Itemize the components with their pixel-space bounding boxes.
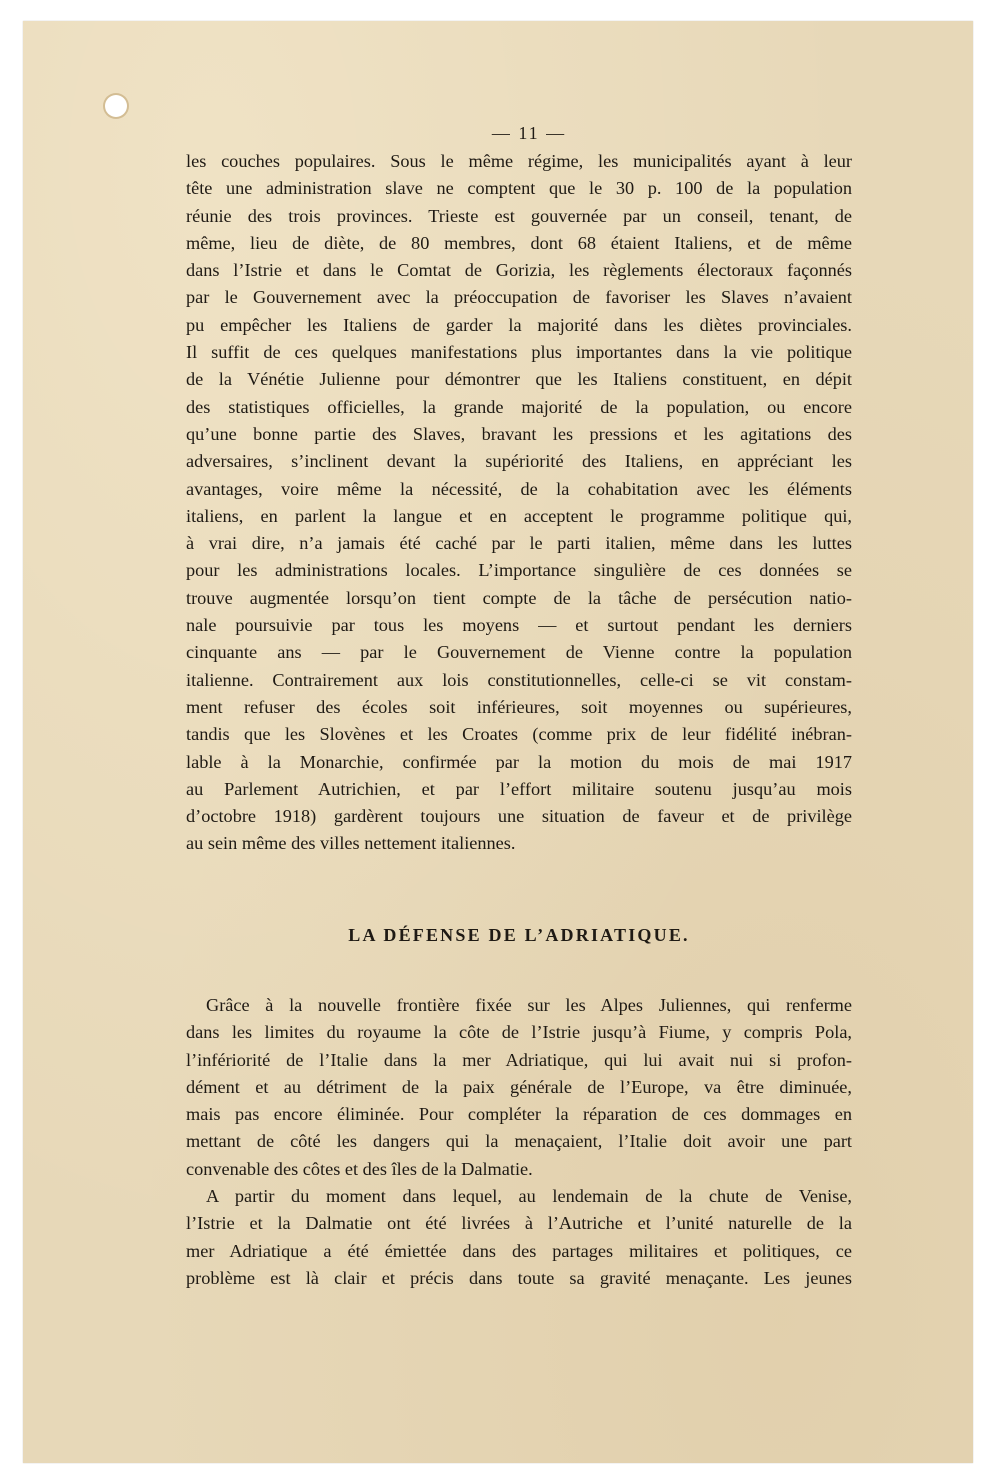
text-line: d’octobre 1918) gardèrent toujours une s… xyxy=(186,803,852,830)
text-line: au sein même des villes nettement italie… xyxy=(186,830,852,857)
text-line: A partir du moment dans lequel, au lende… xyxy=(186,1183,852,1210)
text-line: avantages, voire même la nécessité, de l… xyxy=(186,476,852,503)
text-line: à vrai dire, n’a jamais été caché par le… xyxy=(186,530,852,557)
paragraph-1: Grâce à la nouvelle frontière fixée sur … xyxy=(186,992,852,1183)
section-1-text: — 11 — les couches populaires. Sous le m… xyxy=(186,118,852,858)
text-line: convenable des côtes et des îles de la D… xyxy=(186,1156,852,1183)
text-line: mais pas encore éliminée. Pour compléter… xyxy=(186,1101,852,1128)
page-number: — 11 — xyxy=(206,118,852,148)
text-line: dément et au détriment de la paix généra… xyxy=(186,1074,852,1101)
text-line: ment refuser des écoles soit inférieures… xyxy=(186,694,852,721)
section-heading: LA DÉFENSE DE L’ADRIATIQUE. xyxy=(186,925,852,946)
text-line: nale poursuivie par tous les moyens — et… xyxy=(186,612,852,639)
text-line: cinquante ans — par le Gouvernement de V… xyxy=(186,639,852,666)
paragraph-2: A partir du moment dans lequel, au lende… xyxy=(186,1183,852,1292)
punch-hole xyxy=(105,95,127,117)
text-line: pu empêcher les Italiens de garder la ma… xyxy=(186,312,852,339)
text-line: l’Istrie et la Dalmatie ont été livrées … xyxy=(186,1210,852,1237)
text-line: italienne. Contrairement aux lois consti… xyxy=(186,667,852,694)
text-line: lable à la Monarchie, confirmée par la m… xyxy=(186,749,852,776)
text-line: adversaires, s’inclinent devant la supér… xyxy=(186,448,852,475)
text-line: même, lieu de diète, de 80 membres, dont… xyxy=(186,230,852,257)
text-line: tête une administration slave ne compten… xyxy=(186,175,852,202)
text-line: mer Adriatique a été émiettée dans des p… xyxy=(186,1238,852,1265)
text-line: l’infériorité de l’Italie dans la mer Ad… xyxy=(186,1047,852,1074)
section-2-text: Grâce à la nouvelle frontière fixée sur … xyxy=(186,992,852,1292)
text-line: tandis que les Slovènes et les Croates (… xyxy=(186,721,852,748)
text-line: par le Gouvernement avec la préoccupatio… xyxy=(186,284,852,311)
text-line: Grâce à la nouvelle frontière fixée sur … xyxy=(186,992,852,1019)
text-line: dans les limites du royaume la côte de l… xyxy=(186,1019,852,1046)
text-line: problème est là clair et précis dans tou… xyxy=(186,1265,852,1292)
text-line: qu’une bonne partie des Slaves, bravant … xyxy=(186,421,852,448)
text-line: dans l’Istrie et dans le Comtat de Goriz… xyxy=(186,257,852,284)
text-line: mettant de côté les dangers qui la menaç… xyxy=(186,1128,852,1155)
text-line: réunie des trois provinces. Trieste est … xyxy=(186,203,852,230)
text-line: Il suffit de ces quelques manifestations… xyxy=(186,339,852,366)
text-line: les couches populaires. Sous le même rég… xyxy=(186,148,852,175)
text-line: italiens, en parlent la langue et en acc… xyxy=(186,503,852,530)
text-line: des statistiques officielles, la grande … xyxy=(186,394,852,421)
text-line: de la Vénétie Julienne pour démontrer qu… xyxy=(186,366,852,393)
text-line: trouve augmentée lorsqu’on tient compte … xyxy=(186,585,852,612)
text-line: pour les administrations locales. L’impo… xyxy=(186,557,852,584)
text-line: au Parlement Autrichien, et par l’effort… xyxy=(186,776,852,803)
